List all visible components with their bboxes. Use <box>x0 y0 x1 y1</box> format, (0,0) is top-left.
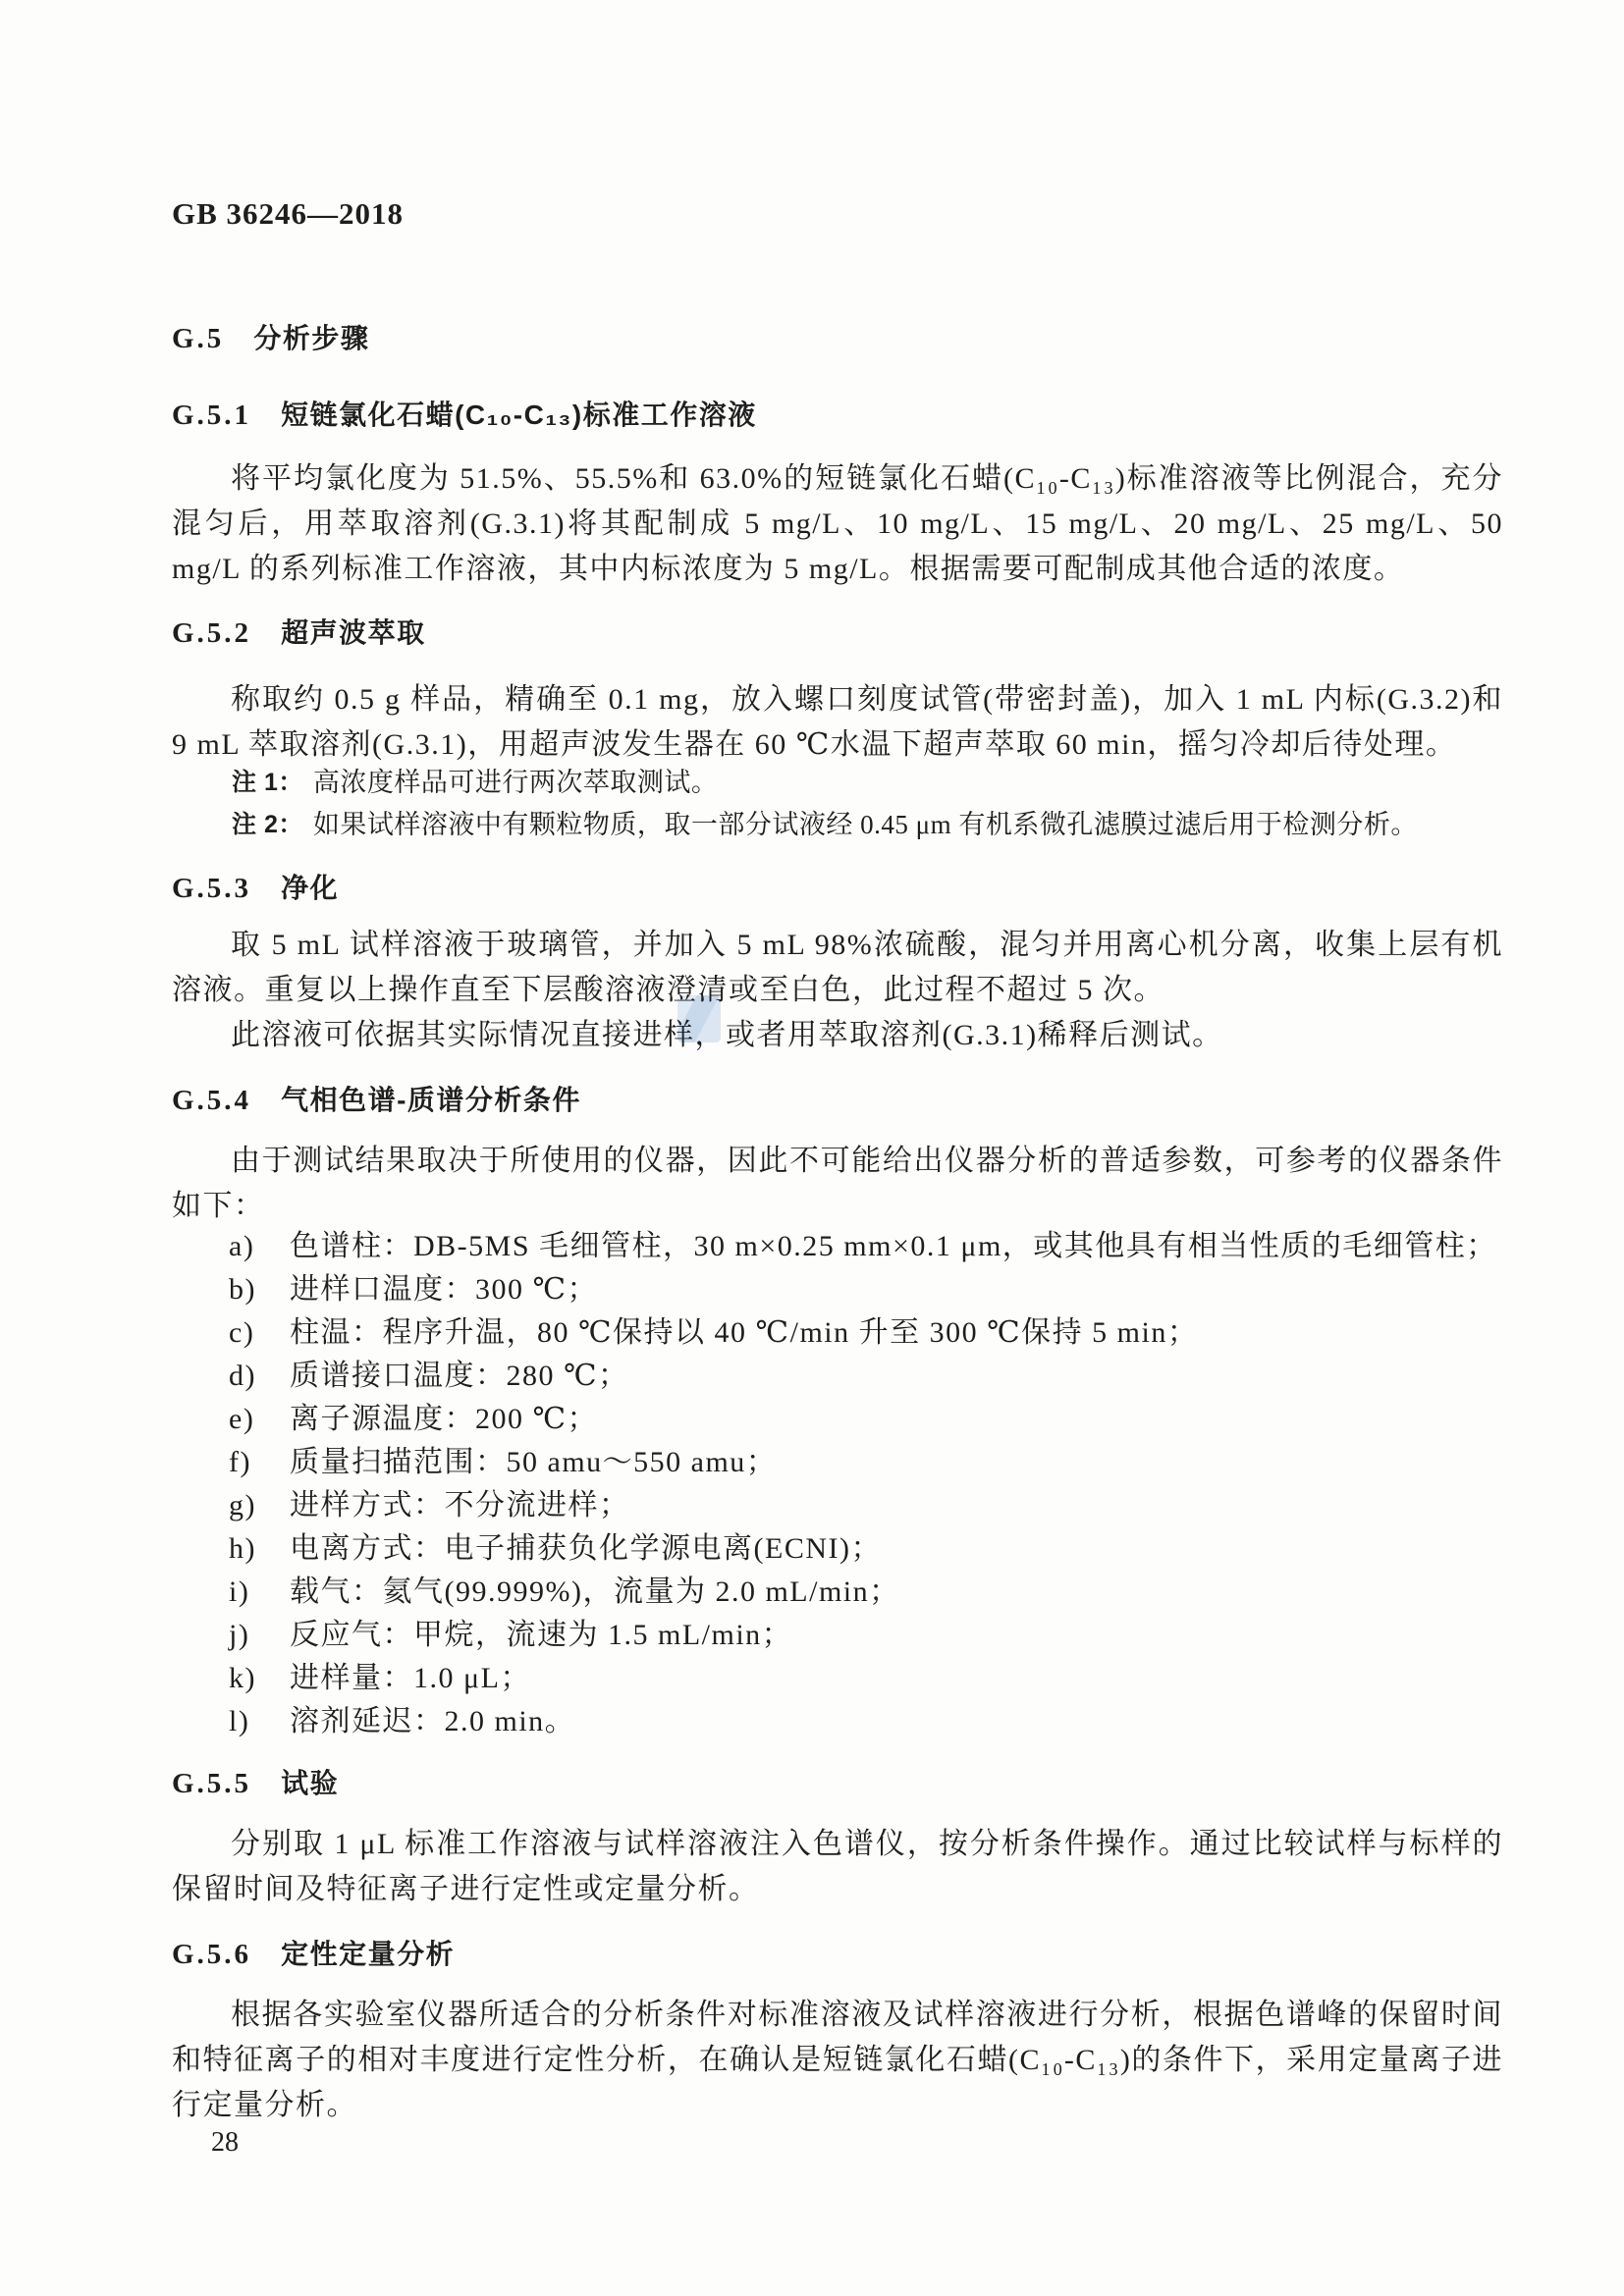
list-item: g) 进样方式：不分流进样； <box>229 1484 1503 1527</box>
paragraph: 由于测试结果取决于所使用的仪器，因此不可能给出仪器分析的普适参数，可参考的仪器条… <box>172 1139 1503 1229</box>
list-item: c) 柱温：程序升温，80 ℃保持以 40 ℃/min 升至 300 ℃保持 5… <box>229 1311 1503 1355</box>
section-heading-g52: G.5.2 超声波萃取 <box>172 611 1503 656</box>
list-item-label: g) <box>229 1484 290 1527</box>
paragraph: 根据各实验室仪器所适合的分析条件对标准溶液及试样溶液进行分析，根据色谱峰的保留时… <box>172 1993 1503 2128</box>
section-heading-g5: G.5 分析步骤 <box>172 316 1503 361</box>
heading-title: 气相色谱-质谱分析条件 <box>281 1078 581 1123</box>
list-item-text: 离子源温度：200 ℃； <box>290 1398 1503 1441</box>
standard-code-header: GB 36246—2018 <box>172 0 1503 234</box>
list-item: e) 离子源温度：200 ℃； <box>229 1398 1503 1441</box>
list-item-text: 进样方式：不分流进样； <box>290 1484 1503 1527</box>
list-item-text: 色谱柱：DB-5MS 毛细管柱，30 m×0.25 mm×0.1 μm，或其他具… <box>290 1225 1503 1268</box>
instrument-conditions-list: a) 色谱柱：DB-5MS 毛细管柱，30 m×0.25 mm×0.1 μm，或… <box>172 1225 1503 1743</box>
list-item-label: j) <box>229 1614 290 1657</box>
list-item: l) 溶剂延迟：2.0 min。 <box>229 1700 1503 1743</box>
paragraph: 将平均氯化度为 51.5%、55.5%和 63.0%的短链氯化石蜡(C₁₀-C₁… <box>172 456 1503 592</box>
heading-number: G.5 <box>172 316 224 361</box>
note: 注 1： 高浓度样品可进行两次萃取测试。 <box>232 762 1503 804</box>
list-item-label: c) <box>229 1311 290 1355</box>
document-page: GB 36246—2018 G.5 分析步骤 G.5.1 短链氯化石蜡(C₁₀-… <box>0 0 1624 2296</box>
heading-title: 净化 <box>281 866 339 911</box>
note-label: 注 2： <box>232 804 303 846</box>
section-heading-g51: G.5.1 短链氯化石蜡(C₁₀-C₁₃)标准工作溶液 <box>172 393 1503 438</box>
heading-title: 超声波萃取 <box>281 611 426 656</box>
list-item: i) 载气：氦气(99.999%)，流量为 2.0 mL/min； <box>229 1571 1503 1614</box>
heading-number: G.5.2 <box>172 611 251 656</box>
heading-number: G.5.5 <box>172 1761 251 1806</box>
list-item-label: k) <box>229 1657 290 1700</box>
list-item: b) 进样口温度：300 ℃； <box>229 1268 1503 1311</box>
list-item-text: 反应气：甲烷，流速为 1.5 mL/min； <box>290 1614 1503 1657</box>
section-heading-g55: G.5.5 试验 <box>172 1761 1503 1806</box>
list-item-label: a) <box>229 1225 290 1268</box>
paragraph: 称取约 0.5 g 样品，精确至 0.1 mg，放入螺口刻度试管(带密封盖)，加… <box>172 677 1503 768</box>
heading-number: G.5.4 <box>172 1078 251 1123</box>
heading-number: G.5.3 <box>172 866 251 911</box>
list-item-label: e) <box>229 1398 290 1441</box>
list-item-text: 质量扫描范围：50 amu～550 amu； <box>290 1441 1503 1484</box>
list-item-text: 电离方式：电子捕获负化学源电离(ECNI)； <box>290 1527 1503 1571</box>
note-text: 高浓度样品可进行两次萃取测试。 <box>313 762 719 804</box>
list-item-text: 柱温：程序升温，80 ℃保持以 40 ℃/min 升至 300 ℃保持 5 mi… <box>290 1311 1503 1355</box>
list-item-label: d) <box>229 1355 290 1398</box>
page-number: 28 <box>211 2120 1503 2165</box>
list-item-text: 进样量：1.0 μL； <box>290 1657 1503 1700</box>
list-item: d) 质谱接口温度：280 ℃； <box>229 1355 1503 1398</box>
list-item-text: 质谱接口温度：280 ℃； <box>290 1355 1503 1398</box>
section-heading-g53: G.5.3 净化 <box>172 866 1503 911</box>
list-item-label: b) <box>229 1268 290 1311</box>
list-item-label: f) <box>229 1441 290 1484</box>
heading-title: 定性定量分析 <box>281 1932 455 1977</box>
paragraph: 分别取 1 μL 标准工作溶液与试样溶液注入色谱仪，按分析条件操作。通过比较试样… <box>172 1822 1503 1912</box>
list-item: a) 色谱柱：DB-5MS 毛细管柱，30 m×0.25 mm×0.1 μm，或… <box>229 1225 1503 1268</box>
section-heading-g54: G.5.4 气相色谱-质谱分析条件 <box>172 1078 1503 1123</box>
heading-title: 试验 <box>281 1761 339 1806</box>
list-item: k) 进样量：1.0 μL； <box>229 1657 1503 1700</box>
heading-title: 分析步骤 <box>253 316 369 361</box>
note-label: 注 1： <box>232 762 303 804</box>
section-heading-g56: G.5.6 定性定量分析 <box>172 1932 1503 1977</box>
list-item-label: h) <box>229 1527 290 1571</box>
page-content: GB 36246—2018 G.5 分析步骤 G.5.1 短链氯化石蜡(C₁₀-… <box>172 0 1503 2165</box>
list-item-text: 进样口温度：300 ℃； <box>290 1268 1503 1311</box>
note-text: 如果试样溶液中有颗粒物质，取一部分试液经 0.45 μm 有机系微孔滤膜过滤后用… <box>313 804 1418 846</box>
heading-number: G.5.1 <box>172 393 251 438</box>
heading-number: G.5.6 <box>172 1932 251 1977</box>
list-item: j) 反应气：甲烷，流速为 1.5 mL/min； <box>229 1614 1503 1657</box>
list-item-text: 载气：氦气(99.999%)，流量为 2.0 mL/min； <box>290 1571 1503 1614</box>
list-item-label: l) <box>229 1700 290 1743</box>
list-item-text: 溶剂延迟：2.0 min。 <box>290 1700 1503 1743</box>
list-item-label: i) <box>229 1571 290 1614</box>
list-item: h) 电离方式：电子捕获负化学源电离(ECNI)； <box>229 1527 1503 1571</box>
note: 注 2： 如果试样溶液中有颗粒物质，取一部分试液经 0.45 μm 有机系微孔滤… <box>232 804 1503 846</box>
paragraph: 此溶液可依据其实际情况直接进样，或者用萃取溶剂(G.3.1)稀释后测试。 <box>172 1013 1503 1058</box>
list-item: f) 质量扫描范围：50 amu～550 amu； <box>229 1441 1503 1484</box>
paragraph: 取 5 mL 试样溶液于玻璃管，并加入 5 mL 98%浓硫酸，混匀并用离心机分… <box>172 923 1503 1013</box>
heading-title: 短链氯化石蜡(C₁₀-C₁₃)标准工作溶液 <box>281 393 757 438</box>
